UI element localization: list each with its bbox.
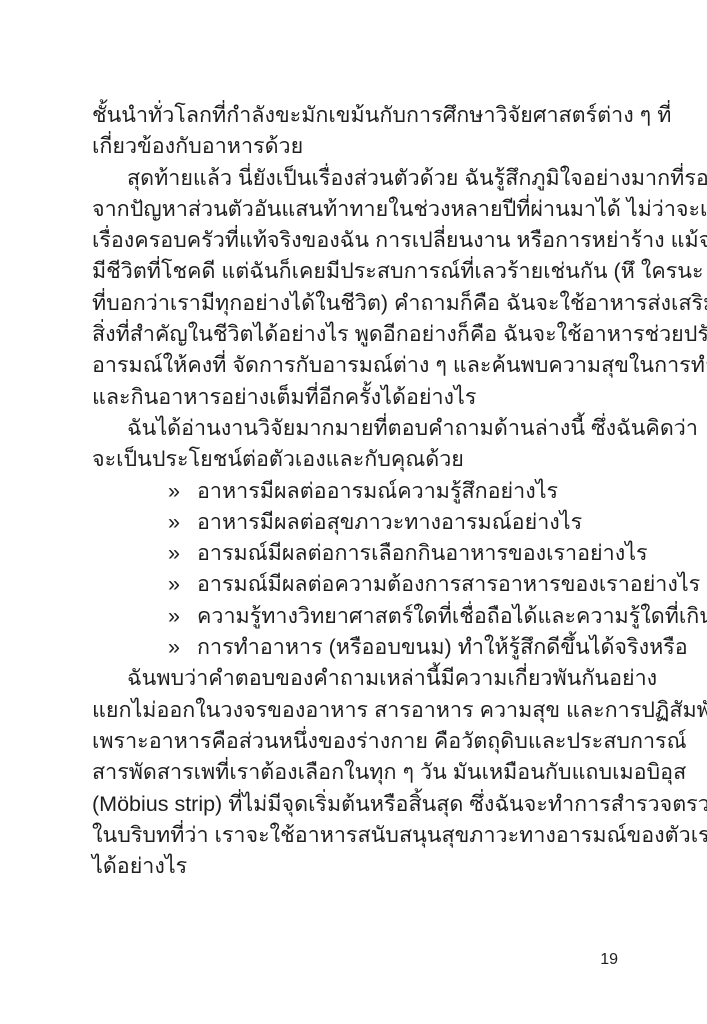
- body-line: จากปัญหาส่วนตัวอันแสนท้าทายในช่วงหลายปีท…: [92, 194, 643, 225]
- body-line: เกี่ยวข้องกับอาหารด้วย: [92, 131, 643, 162]
- body-line: มีชีวิตที่โชคดี แต่ฉันก็เคยมีประสบการณ์ท…: [92, 256, 643, 287]
- bullet-text: อาหารมีผลต่อสุขภาวะทางอารมณ์อย่างไร: [197, 507, 643, 538]
- body-line: เรื่องครอบครัวที่แท้จริงของฉัน การเปลี่ย…: [92, 225, 643, 256]
- paragraph-first-line: สุดท้ายแล้ว นี่ยังเป็นเรื่องส่วนตัวด้วย …: [92, 163, 643, 194]
- paragraph-first-line: ฉันพบว่าคำตอบของคำถามเหล่านี้มีความเกี่ย…: [92, 663, 643, 694]
- bullet-item: » อาหารมีผลต่อสุขภาวะทางอารมณ์อย่างไร: [92, 507, 643, 538]
- guillemet-bullet-icon: »: [168, 569, 197, 600]
- body-text-block: ชั้นนำทั่วโลกที่กำลังขะมักเขม้นกับการศึก…: [92, 100, 643, 882]
- bullet-text: อาหารมีผลต่ออารมณ์ความรู้สึกอย่างไร: [197, 476, 643, 507]
- guillemet-bullet-icon: »: [168, 632, 197, 663]
- guillemet-bullet-icon: »: [168, 538, 197, 569]
- bullet-text: อารมณ์มีผลต่อการเลือกกินอาหารของเราอย่าง…: [197, 538, 648, 569]
- bullet-text: อารมณ์มีผลต่อความต้องการสารอาหารของเราอย…: [197, 569, 700, 600]
- guillemet-bullet-icon: »: [168, 476, 197, 507]
- book-page: ชั้นนำทั่วโลกที่กำลังขะมักเขม้นกับการศึก…: [0, 0, 707, 1024]
- bullet-item: » การทำอาหาร (หรืออบขนม) ทำให้รู้สึกดีขึ…: [92, 632, 643, 663]
- body-line: แยกไม่ออกในวงจรของอาหาร สารอาหาร ความสุข…: [92, 695, 643, 726]
- paragraph-first-line: ฉันได้อ่านงานวิจัยมากมายที่ตอบคำถามด้านล…: [92, 413, 643, 444]
- bullet-item: » ความรู้ทางวิทยาศาสตร์ใดที่เชื่อถือได้แ…: [92, 601, 643, 632]
- guillemet-bullet-icon: »: [168, 507, 197, 538]
- body-line: สารพัดสารเพที่เราต้องเลือกในทุก ๆ วัน มั…: [92, 757, 643, 788]
- bullet-item: » อาหารมีผลต่ออารมณ์ความรู้สึกอย่างไร: [92, 476, 643, 507]
- bullet-text: การทำอาหาร (หรืออบขนม) ทำให้รู้สึกดีขึ้น…: [197, 632, 688, 663]
- body-line: และกินอาหารอย่างเต็มที่อีกครั้งได้อย่างไ…: [92, 382, 643, 413]
- body-line: จะเป็นประโยชน์ต่อตัวเองและกับคุณด้วย: [92, 444, 643, 475]
- body-line: เพราะอาหารคือส่วนหนึ่งของร่างกาย คือวัตถ…: [92, 726, 643, 757]
- bullet-item: » อารมณ์มีผลต่อการเลือกกินอาหารของเราอย่…: [92, 538, 643, 569]
- bullet-text: ความรู้ทางวิทยาศาสตร์ใดที่เชื่อถือได้และ…: [197, 601, 707, 632]
- body-line: ชั้นนำทั่วโลกที่กำลังขะมักเขม้นกับการศึก…: [92, 100, 643, 131]
- body-line: ในบริบทที่ว่า เราจะใช้อาหารสนับสนุนสุขภา…: [92, 820, 643, 851]
- body-line: ได้อย่างไร: [92, 851, 643, 882]
- bullet-item: » อารมณ์มีผลต่อความต้องการสารอาหารของเรา…: [92, 569, 643, 600]
- body-line: ที่บอกว่าเรามีทุกอย่างได้ในชีวิต) คำถามก…: [92, 288, 643, 319]
- body-line: (Möbius strip) ที่ไม่มีจุดเริ่มต้นหรือสิ…: [92, 789, 643, 820]
- body-line: สิ่งที่สำคัญในชีวิตได้อย่างไร พูดอีกอย่า…: [92, 319, 643, 350]
- guillemet-bullet-icon: »: [168, 601, 197, 632]
- page-number: 19: [0, 950, 618, 970]
- body-line: อารมณ์ให้คงที่ จัดการกับอารมณ์ต่าง ๆ และ…: [92, 350, 643, 381]
